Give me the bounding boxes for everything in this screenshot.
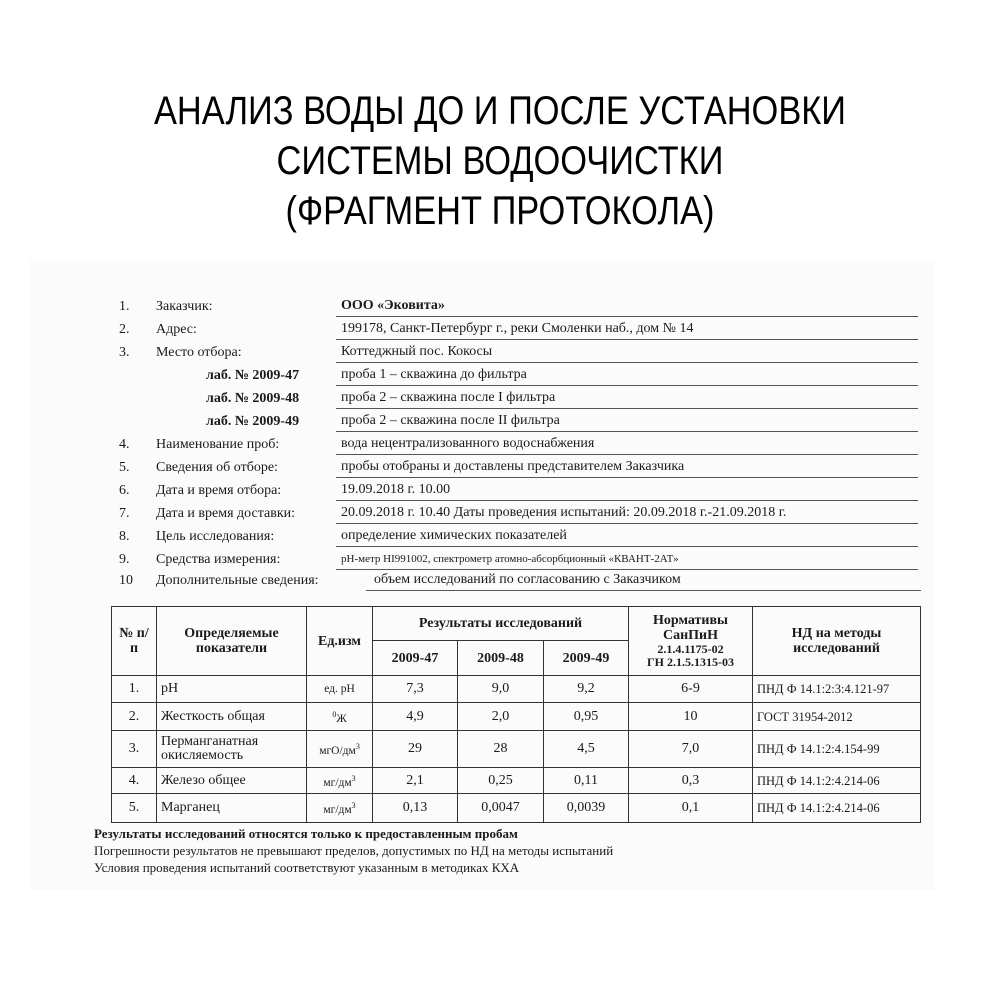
- row-number: 5.: [119, 457, 130, 479]
- norm-value: 0,1: [629, 794, 753, 823]
- page-title: АНАЛИЗ ВОДЫ ДО И ПОСЛЕ УСТАНОВКИ СИСТЕМЫ…: [70, 86, 930, 236]
- form-row-customer: 1. Заказчик: ООО «Эковита»: [0, 296, 1000, 318]
- protocol-notes: Результаты исследований относятся только…: [94, 825, 613, 876]
- field-value: вода нецентрализованного водоснабжения: [336, 434, 918, 455]
- value-2009-48: 2,0: [458, 703, 544, 731]
- unit: мгО/дм3: [307, 731, 373, 768]
- row-number: 2.: [112, 703, 157, 731]
- field-value: Коттеджный пос. Кокосы: [336, 342, 918, 363]
- header-norms: Нормативы СанПиН 2.1.4.1175-02 ГН 2.1.5.…: [629, 607, 753, 676]
- row-number: 8.: [119, 526, 130, 548]
- field-value: 19.09.2018 г. 10.00: [336, 480, 918, 501]
- header-method: НД на методы исследований: [753, 607, 921, 676]
- title-line-2: СИСТЕМЫ ВОДООЧИСТКИ: [70, 136, 930, 186]
- results-table: № п/п Определяемые показатели Ед.изм Рез…: [111, 606, 921, 823]
- field-value: определение химических показателей: [336, 526, 918, 547]
- row-number: 10: [119, 570, 133, 592]
- value-2009-47: 29: [373, 731, 458, 768]
- norm-standard-2: ГН 2.1.5.1315-03: [633, 656, 748, 669]
- unit: мг/дм3: [307, 794, 373, 823]
- form-row-delivery-date: 7. Дата и время доставки: 20.09.2018 г. …: [0, 503, 1000, 525]
- table-row: 5. Марганец мг/дм3 0,13 0,0047 0,0039 0,…: [112, 794, 921, 823]
- lab-number-label: лаб. № 2009-48: [206, 388, 299, 410]
- form-row-lab-2009-47: лаб. № 2009-47 проба 1 – скважина до фил…: [0, 365, 1000, 387]
- unit-text: мг/дм: [323, 804, 351, 816]
- header-sample-2009-49: 2009-49: [544, 641, 629, 676]
- value-2009-49: 0,0039: [544, 794, 629, 823]
- form-row-additional-info: 10 Дополнительные сведения: объем исслед…: [0, 570, 1000, 592]
- row-number: 9.: [119, 549, 130, 571]
- indicator-name: Перманганатная окисляемость: [157, 731, 307, 768]
- value-2009-49: 4,5: [544, 731, 629, 768]
- unit-text: Ж: [336, 712, 346, 724]
- row-number: 2.: [119, 319, 130, 341]
- field-label: Средства измерения:: [156, 549, 280, 571]
- table-header-row-1: № п/п Определяемые показатели Ед.изм Рез…: [112, 607, 921, 641]
- value-2009-47: 2,1: [373, 768, 458, 794]
- form-row-lab-2009-49: лаб. № 2009-49 проба 2 – скважина после …: [0, 411, 1000, 433]
- method-doc: ПНД Ф 14.1:2:4.154-99: [753, 731, 921, 768]
- row-number: 5.: [112, 794, 157, 823]
- table-row: 1. pH ед. pH 7,3 9,0 9,2 6-9 ПНД Ф 14.1:…: [112, 676, 921, 703]
- lab-number-label: лаб. № 2009-49: [206, 411, 299, 433]
- field-value: пробы отобраны и доставлены представител…: [336, 457, 918, 478]
- field-label: Дополнительные сведения:: [156, 570, 319, 592]
- value-2009-47: 4,9: [373, 703, 458, 731]
- value-2009-49: 0,11: [544, 768, 629, 794]
- field-value: ООО «Эковита»: [336, 296, 918, 317]
- header-number: № п/п: [112, 607, 157, 676]
- value-2009-49: 9,2: [544, 676, 629, 703]
- field-label: Адрес:: [156, 319, 197, 341]
- field-label: Место отбора:: [156, 342, 242, 364]
- method-doc: ПНД Ф 14.1:2:4.214-06: [753, 768, 921, 794]
- form-row-sampling-place: 3. Место отбора: Коттеджный пос. Кокосы: [0, 342, 1000, 364]
- unit-text: мг/дм: [323, 776, 351, 788]
- field-label: Дата и время отбора:: [156, 480, 281, 502]
- note-results-scope: Результаты исследований относятся только…: [94, 825, 613, 842]
- title-line-1: АНАЛИЗ ВОДЫ ДО И ПОСЛЕ УСТАНОВКИ: [70, 86, 930, 136]
- value-2009-48: 28: [458, 731, 544, 768]
- row-number: 1.: [119, 296, 130, 318]
- title-line-3: (ФРАГМЕНТ ПРОТОКОЛА): [70, 186, 930, 236]
- method-doc: ГОСТ 31954-2012: [753, 703, 921, 731]
- field-value: проба 1 – скважина до фильтра: [336, 365, 918, 386]
- value-2009-47: 0,13: [373, 794, 458, 823]
- unit-exponent: 3: [352, 801, 356, 810]
- field-label: Цель исследования:: [156, 526, 274, 548]
- unit: ед. pH: [307, 676, 373, 703]
- lab-number-label: лаб. № 2009-47: [206, 365, 299, 387]
- form-row-sampling-date: 6. Дата и время отбора: 19.09.2018 г. 10…: [0, 480, 1000, 502]
- norm-value: 6-9: [629, 676, 753, 703]
- norm-title: Нормативы СанПиН: [633, 613, 748, 643]
- field-label: Заказчик:: [156, 296, 213, 318]
- norm-value: 10: [629, 703, 753, 731]
- value-2009-48: 0,0047: [458, 794, 544, 823]
- row-number: 4.: [112, 768, 157, 794]
- value-2009-48: 9,0: [458, 676, 544, 703]
- indicator-name: Марганец: [157, 794, 307, 823]
- indicator-name: Железо общее: [157, 768, 307, 794]
- indicator-name: pH: [157, 676, 307, 703]
- field-value: 199178, Санкт-Петербург г., реки Смоленк…: [336, 319, 918, 340]
- header-unit: Ед.изм: [307, 607, 373, 676]
- field-label: Наименование проб:: [156, 434, 279, 456]
- form-row-instruments: 9. Средства измерения: pH-метр HI991002,…: [0, 549, 1000, 571]
- unit-exponent: 3: [352, 774, 356, 783]
- unit: мг/дм3: [307, 768, 373, 794]
- table-row: 4. Железо общее мг/дм3 2,1 0,25 0,11 0,3…: [112, 768, 921, 794]
- row-number: 3.: [119, 342, 130, 364]
- indicator-name: Жесткость общая: [157, 703, 307, 731]
- header-indicator: Определяемые показатели: [157, 607, 307, 676]
- norm-value: 0,3: [629, 768, 753, 794]
- field-label: Сведения об отборе:: [156, 457, 278, 479]
- field-value: pH-метр HI991002, спектрометр атомно-абс…: [336, 549, 918, 570]
- form-row-lab-2009-48: лаб. № 2009-48 проба 2 – скважина после …: [0, 388, 1000, 410]
- field-value: проба 2 – скважина после II фильтра: [336, 411, 918, 432]
- header-sample-2009-48: 2009-48: [458, 641, 544, 676]
- field-label: Дата и время доставки:: [156, 503, 295, 525]
- row-number: 6.: [119, 480, 130, 502]
- unit-text: мгО/дм: [319, 745, 356, 757]
- method-doc: ПНД Ф 14.1:2:4.214-06: [753, 794, 921, 823]
- field-value: 20.09.2018 г. 10.40 Даты проведения испы…: [336, 503, 918, 524]
- value-2009-49: 0,95: [544, 703, 629, 731]
- table-row: 3. Перманганатная окисляемость мгО/дм3 2…: [112, 731, 921, 768]
- value-2009-47: 7,3: [373, 676, 458, 703]
- method-doc: ПНД Ф 14.1:2:3:4.121-97: [753, 676, 921, 703]
- value-2009-48: 0,25: [458, 768, 544, 794]
- form-row-sampling-info: 5. Сведения об отборе: пробы отобраны и …: [0, 457, 1000, 479]
- form-row-address: 2. Адрес: 199178, Санкт-Петербург г., ре…: [0, 319, 1000, 341]
- row-number: 4.: [119, 434, 130, 456]
- table-row: 2. Жесткость общая 0Ж 4,9 2,0 0,95 10 ГО…: [112, 703, 921, 731]
- row-number: 1.: [112, 676, 157, 703]
- note-measurement-error: Погрешности результатов не превышают пре…: [94, 842, 613, 859]
- unit-exponent: 3: [356, 742, 360, 751]
- form-row-research-goal: 8. Цель исследования: определение химиче…: [0, 526, 1000, 548]
- note-test-conditions: Условия проведения испытаний соответству…: [94, 859, 613, 876]
- row-number: 7.: [119, 503, 130, 525]
- header-results: Результаты исследований: [373, 607, 629, 641]
- unit: 0Ж: [307, 703, 373, 731]
- row-number: 3.: [112, 731, 157, 768]
- field-value: объем исследований по согласованию с Зак…: [366, 570, 921, 591]
- form-row-sample-name: 4. Наименование проб: вода нецентрализов…: [0, 434, 1000, 456]
- header-sample-2009-47: 2009-47: [373, 641, 458, 676]
- norm-value: 7,0: [629, 731, 753, 768]
- field-value: проба 2 – скважина после I фильтра: [336, 388, 918, 409]
